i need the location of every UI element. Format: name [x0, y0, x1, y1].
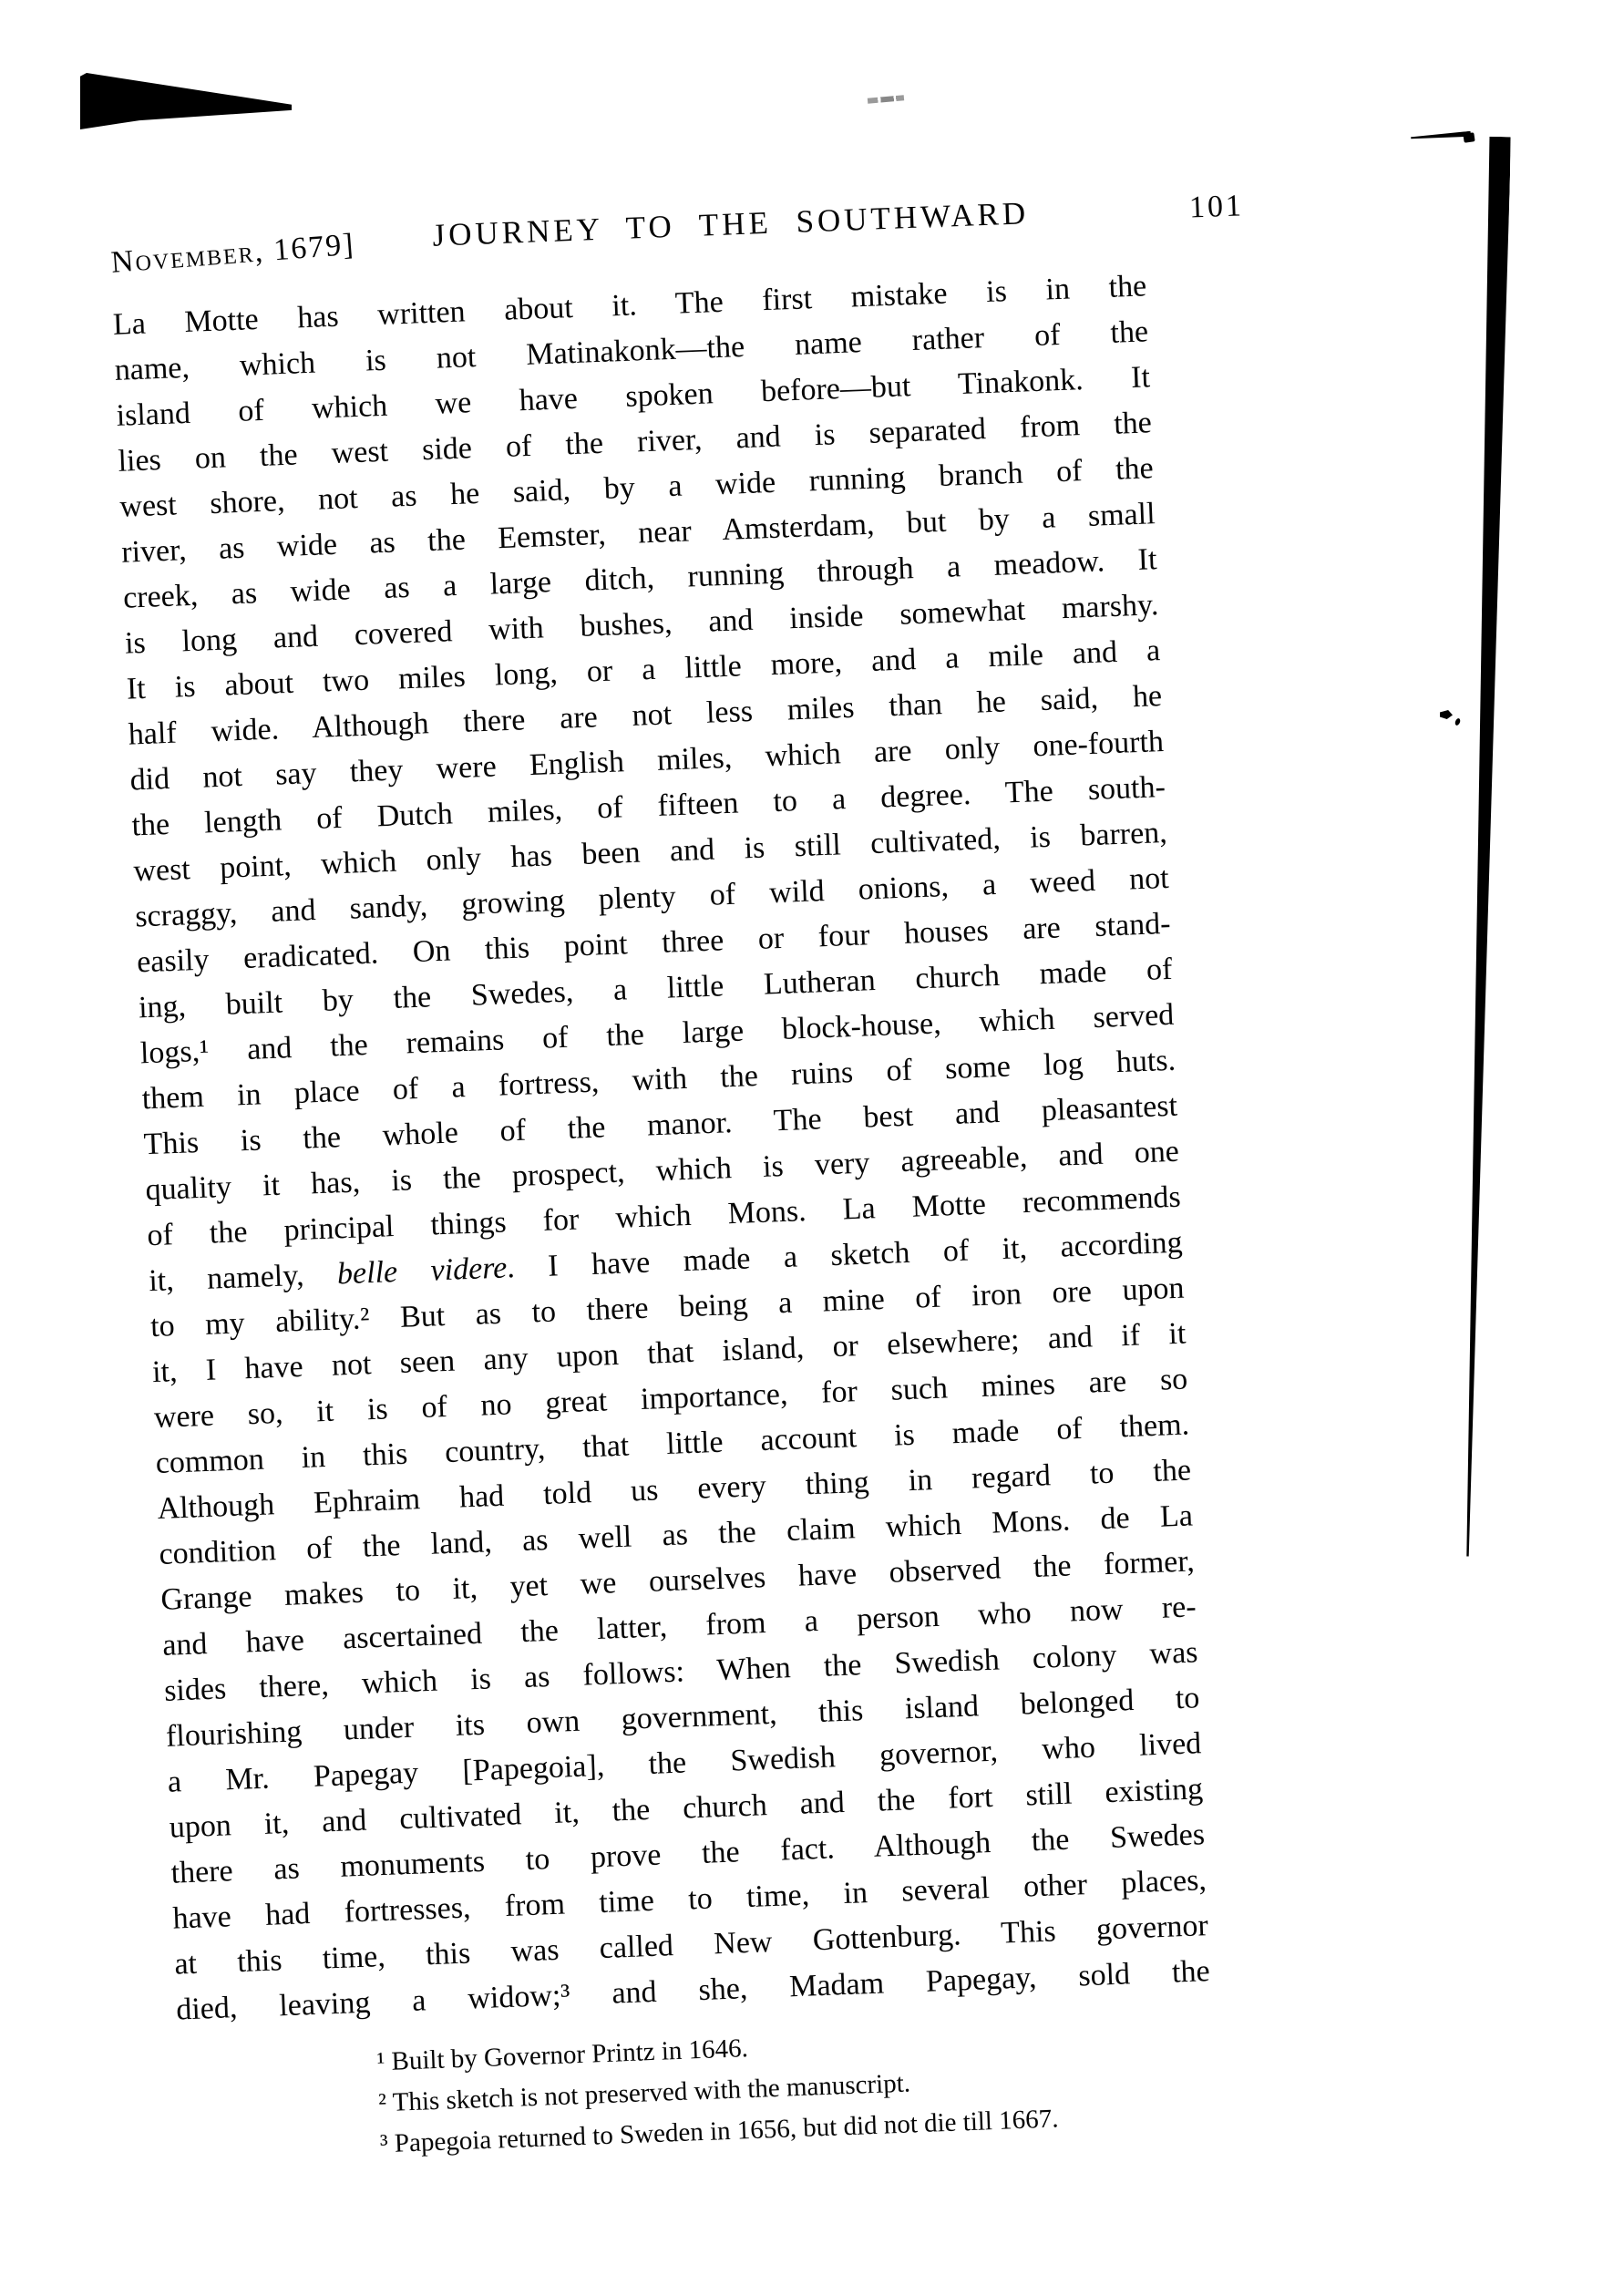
- body-line-segment: it, namely,: [149, 1257, 338, 1298]
- ink-speck-right-margin-dot: [1454, 717, 1462, 726]
- ink-dot-top-right: [1463, 132, 1475, 143]
- ink-smudge-top-left: [80, 73, 292, 129]
- footnotes: ¹ Built by Governor Printz in 1646.² Thi…: [178, 2007, 1316, 2173]
- header-title: JOURNEY TO THE SOUTHWARD: [354, 192, 1108, 257]
- ink-dash-top-right: [1411, 131, 1471, 141]
- italic-phrase: belle videre: [336, 1251, 508, 1291]
- ink-speck-right-margin: [1440, 710, 1453, 719]
- running-header: November, 1679] JOURNEY TO THE SOUTHWARD…: [109, 187, 1245, 266]
- body-text: La Motte has written about it. The first…: [112, 263, 1210, 2033]
- header-date: November, 1679]: [110, 228, 356, 281]
- page-number: 101: [1106, 189, 1244, 229]
- scanner-streak-right: [1455, 137, 1511, 1557]
- scanned-book-page: November, 1679] JOURNEY TO THE SOUTHWARD…: [0, 0, 1603, 2296]
- faint-smudge-top-center: [868, 95, 904, 103]
- page-content: November, 1679] JOURNEY TO THE SOUTHWARD…: [109, 187, 1316, 2172]
